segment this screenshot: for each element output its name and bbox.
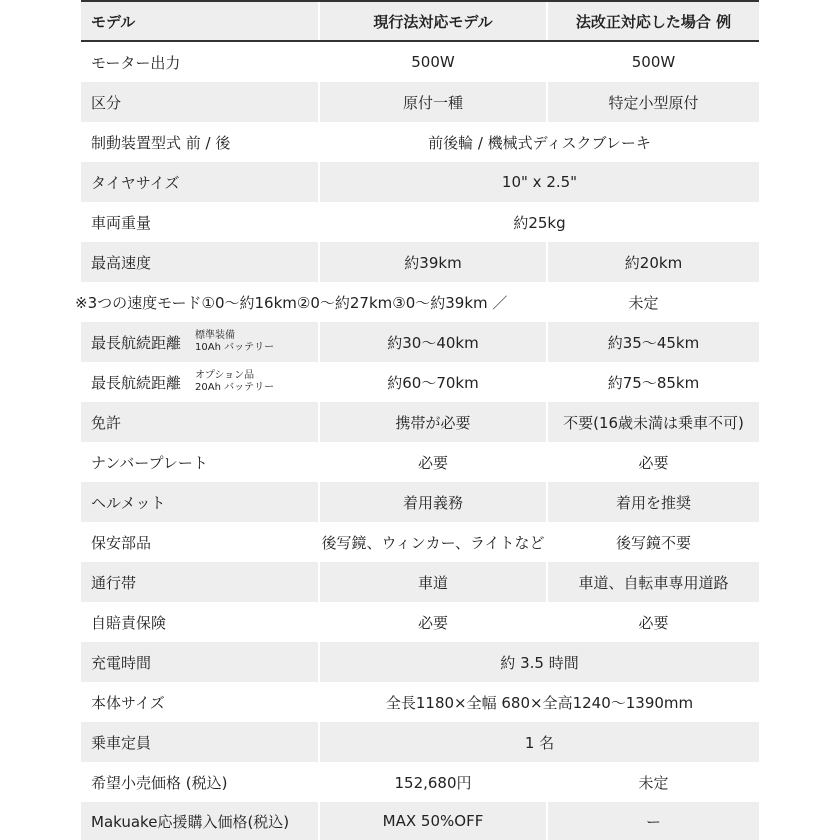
header-revised-model: 法改正対応した場合 例 <box>548 2 759 40</box>
table-row-charge-time: 充電時間 約 3.5 時間 <box>81 642 759 682</box>
table-row-retail-price: 希望小売価格 (税込) 152,680円 未定 <box>81 762 759 802</box>
cell-current: 必要 <box>320 442 546 482</box>
cell-merged: 前後輪 / 機械式ディスクブレーキ <box>320 122 759 162</box>
table-row-safety-parts: 保安部品 後写鏡、ウィンカー、ライトなど 後写鏡不要 <box>81 522 759 562</box>
cell-revised: 未定 <box>548 762 759 802</box>
header-current-model: 現行法対応モデル <box>320 2 546 40</box>
table-row-makuake-price: Makuake応援購入価格(税込) MAX 50%OFF ー <box>81 802 759 840</box>
cell-revised: 着用を推奨 <box>548 482 759 522</box>
cell-merged: 1 名 <box>320 722 759 762</box>
speed-mode-note: ※3つの速度モード①0〜約16km②0〜約27km③0〜約39km ／ <box>73 282 538 322</box>
row-label: 最高速度 <box>81 242 318 282</box>
row-label: 制動装置型式 前 / 後 <box>81 122 318 162</box>
cell-revised: 特定小型原付 <box>548 82 759 122</box>
row-label: ヘルメット <box>81 482 318 522</box>
table-row-helmet: ヘルメット 着用義務 着用を推奨 <box>81 482 759 522</box>
table-row-brake: 制動装置型式 前 / 後 前後輪 / 機械式ディスクブレーキ <box>81 122 759 162</box>
cell-current: 後写鏡、ウィンカー、ライトなど <box>320 522 546 562</box>
battery-type: オプション品 <box>195 370 274 382</box>
cell-revised: 必要 <box>548 442 759 482</box>
cell-current: 約39km <box>320 242 546 282</box>
cell-revised: 約35〜45km <box>548 322 759 362</box>
row-label: 通行帯 <box>81 562 318 602</box>
row-label: 最長航続距離 標準装備 10Ah バッテリー <box>81 322 318 362</box>
cell-current: 約30〜40km <box>320 322 546 362</box>
cell-merged: 約 3.5 時間 <box>320 642 759 682</box>
table-row-range-standard: 最長航続距離 標準装備 10Ah バッテリー 約30〜40km 約35〜45km <box>81 322 759 362</box>
row-label: 乗車定員 <box>81 722 318 762</box>
row-label: 区分 <box>81 82 318 122</box>
cell-revised: 不要(16歳未満は乗車不可) <box>548 402 759 442</box>
table-row-category: 区分 原付一種 特定小型原付 <box>81 82 759 122</box>
table-row-range-option: 最長航続距離 オプション品 20Ah バッテリー 約60〜70km 約75〜85… <box>81 362 759 402</box>
cell-current: 約60〜70km <box>320 362 546 402</box>
header-model: モデル <box>81 2 318 40</box>
cell-current: MAX 50%OFF <box>320 802 546 840</box>
row-label: タイヤサイズ <box>81 162 318 202</box>
table-row-license: 免許 携帯が必要 不要(16歳未満は乗車不可) <box>81 402 759 442</box>
row-label: 充電時間 <box>81 642 318 682</box>
row-label: 保安部品 <box>81 522 318 562</box>
battery-note: 標準装備 10Ah バッテリー <box>195 330 274 354</box>
row-label: 自賠責保険 <box>81 602 318 642</box>
cell-revised: ー <box>548 802 759 840</box>
table-row-capacity: 乗車定員 1 名 <box>81 722 759 762</box>
table-row-speed-modes: ※3つの速度モード①0〜約16km②0〜約27km③0〜約39km ／ 未定 <box>81 282 759 322</box>
row-label: ナンバープレート <box>81 442 318 482</box>
row-label: 希望小売価格 (税込) <box>81 762 318 802</box>
cell-current: 携帯が必要 <box>320 402 546 442</box>
battery-capacity: 20Ah バッテリー <box>195 382 274 394</box>
cell-current: 必要 <box>320 602 546 642</box>
table-row-top-speed: 最高速度 約39km 約20km <box>81 242 759 282</box>
row-label: 免許 <box>81 402 318 442</box>
cell-revised: 必要 <box>548 602 759 642</box>
cell-revised: 車道、自転車専用道路 <box>548 562 759 602</box>
battery-type: 標準装備 <box>195 330 274 342</box>
row-label: 最長航続距離 オプション品 20Ah バッテリー <box>81 362 318 402</box>
row-label: 車両重量 <box>81 202 318 242</box>
cell-revised: 約75〜85km <box>548 362 759 402</box>
cell-current: 原付一種 <box>320 82 546 122</box>
cell-revised: 未定 <box>538 282 749 322</box>
table-header: モデル 現行法対応モデル 法改正対応した場合 例 <box>81 0 759 42</box>
table-row-motor: モーター出力 500W 500W <box>81 42 759 82</box>
cell-current: 車道 <box>320 562 546 602</box>
cell-revised: 後写鏡不要 <box>548 522 759 562</box>
table-row-number-plate: ナンバープレート 必要 必要 <box>81 442 759 482</box>
cell-current: 着用義務 <box>320 482 546 522</box>
cell-revised: 約20km <box>548 242 759 282</box>
table-row-lane: 通行帯 車道 車道、自転車専用道路 <box>81 562 759 602</box>
cell-merged: 10" x 2.5" <box>320 162 759 202</box>
cell-current: 500W <box>320 42 546 82</box>
range-label: 最長航続距離 <box>91 332 181 353</box>
battery-note: オプション品 20Ah バッテリー <box>195 370 274 394</box>
battery-capacity: 10Ah バッテリー <box>195 342 274 354</box>
spec-comparison-table: モデル 現行法対応モデル 法改正対応した場合 例 モーター出力 500W 500… <box>81 0 759 840</box>
table-row-weight: 車両重量 約25kg <box>81 202 759 242</box>
cell-merged: 全長1180×全幅 680×全高1240〜1390mm <box>320 682 759 722</box>
cell-merged: 約25kg <box>320 202 759 242</box>
cell-current: 152,680円 <box>320 762 546 802</box>
table-row-insurance: 自賠責保険 必要 必要 <box>81 602 759 642</box>
row-label: Makuake応援購入価格(税込) <box>81 802 318 840</box>
row-label: モーター出力 <box>81 42 318 82</box>
row-label: 本体サイズ <box>81 682 318 722</box>
range-label: 最長航続距離 <box>91 372 181 393</box>
cell-revised: 500W <box>548 42 759 82</box>
table-row-body-size: 本体サイズ 全長1180×全幅 680×全高1240〜1390mm <box>81 682 759 722</box>
table-row-tire: タイヤサイズ 10" x 2.5" <box>81 162 759 202</box>
